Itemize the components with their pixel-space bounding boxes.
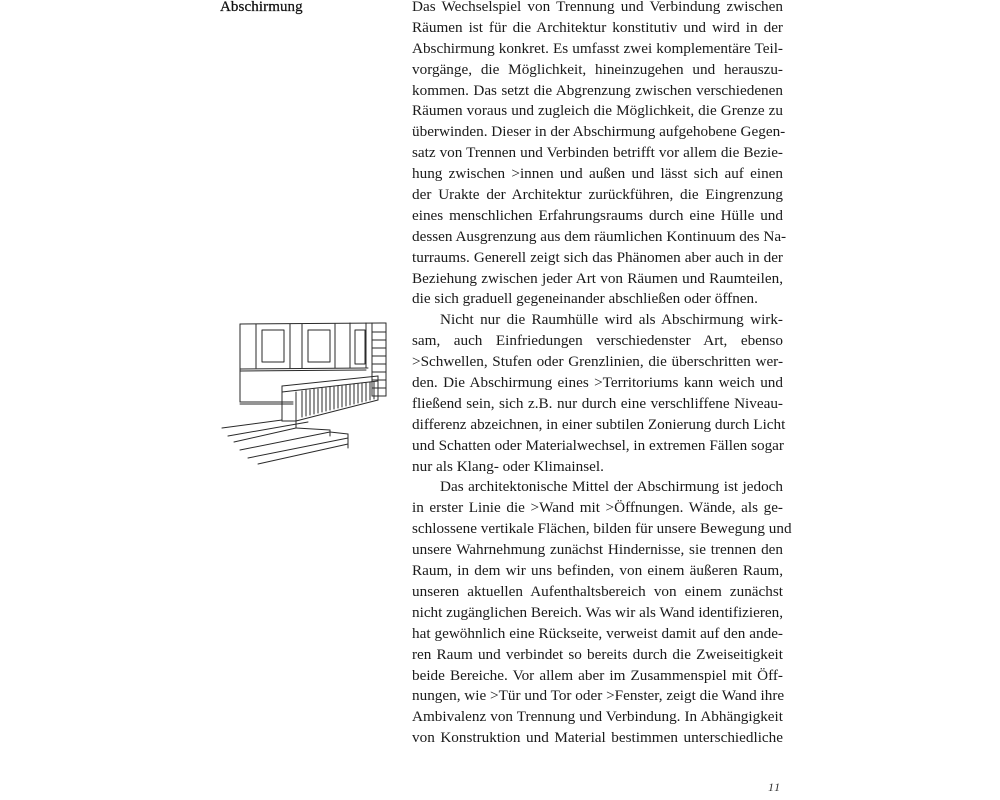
text-line: sam, auch Einfriedungen verschiedenster … bbox=[412, 331, 783, 352]
text-line: Beziehung zwischen jeder Art von Räumen … bbox=[412, 269, 783, 290]
text-line: Nicht nur die Raumhülle wird als Abschir… bbox=[412, 310, 783, 331]
text-line: in erster Linie die >Wand mit >Öffnungen… bbox=[412, 498, 783, 519]
text-line: ren Raum und verbindet so bereits durch … bbox=[412, 645, 783, 666]
text-line: die sich graduell gegeneinander abschlie… bbox=[412, 289, 783, 310]
text-line: Ambivalenz von Trennung und Verbindung. … bbox=[412, 707, 783, 728]
text-line: vorgänge, die Möglichkeit, hineinzugehen… bbox=[412, 60, 783, 81]
text-line: kommen. Das setzt die Abgrenzung zwische… bbox=[412, 81, 783, 102]
text-line: Raum, in dem wir uns befinden, von einem… bbox=[412, 561, 783, 582]
text-line: dessen Ausgrenzung aus dem räumlichen Ko… bbox=[412, 227, 783, 248]
text-line: der Urakte der Architektur zurückführen,… bbox=[412, 185, 783, 206]
text-line: turraums. Generell zeigt sich das Phänom… bbox=[412, 248, 783, 269]
text-line: fließend sein, sich z.B. nur durch eine … bbox=[412, 394, 783, 415]
text-line: unseren aktuellen Aufenthaltsbereich von… bbox=[412, 582, 783, 603]
text-line: differenz abzeichnen, in einer subtilen … bbox=[412, 415, 783, 436]
text-line: eines menschlichen Erfahrungsraums durch… bbox=[412, 206, 783, 227]
text-line: unsere Wahrnehmung zunächst Hindernisse,… bbox=[412, 540, 783, 561]
text-line: nungen, wie >Tür und Tor oder >Fenster, … bbox=[412, 686, 783, 707]
text-line: >Schwellen, Stufen oder Grenzlinien, die… bbox=[412, 352, 783, 373]
text-line: den. Die Abschirmung eines >Territoriums… bbox=[412, 373, 783, 394]
text-line: Räumen ist für die Architektur konstitut… bbox=[412, 18, 783, 39]
page-number: 11 bbox=[768, 780, 781, 795]
text-line: schlossene vertikale Flächen, bilden für… bbox=[412, 519, 783, 540]
text-line: satz von Trennen und Verbinden betrifft … bbox=[412, 143, 783, 164]
text-line: Räumen voraus und zugleich die Möglichke… bbox=[412, 101, 783, 122]
text-line: beide Bereiche. Vor allem aber im Zusamm… bbox=[412, 666, 783, 687]
sketch-illustration bbox=[218, 318, 398, 466]
body-text: Das Wechselspiel von Trennung und Verbin… bbox=[412, 0, 783, 749]
text-line: und Schatten oder Materialwechsel, in ex… bbox=[412, 436, 783, 457]
text-line: Das Wechselspiel von Trennung und Verbin… bbox=[412, 0, 783, 18]
entry-title: Abschirmung bbox=[220, 0, 303, 18]
text-line: Abschirmung konkret. Es umfasst zwei kom… bbox=[412, 39, 783, 60]
text-line: hung zwischen >innen und außen und lässt… bbox=[412, 164, 783, 185]
text-line: Das architektonische Mittel der Abschirm… bbox=[412, 477, 783, 498]
text-line: von Konstruktion und Material bestimmen … bbox=[412, 728, 783, 749]
text-line: hat gewöhnlich eine Rückseite, verweist … bbox=[412, 624, 783, 645]
text-line: überwinden. Dieser in der Abschirmung au… bbox=[412, 122, 783, 143]
text-line: nicht zugänglichen Bereich. Was wir als … bbox=[412, 603, 783, 624]
text-line: nur als Klang- oder Klimainsel. bbox=[412, 457, 783, 478]
